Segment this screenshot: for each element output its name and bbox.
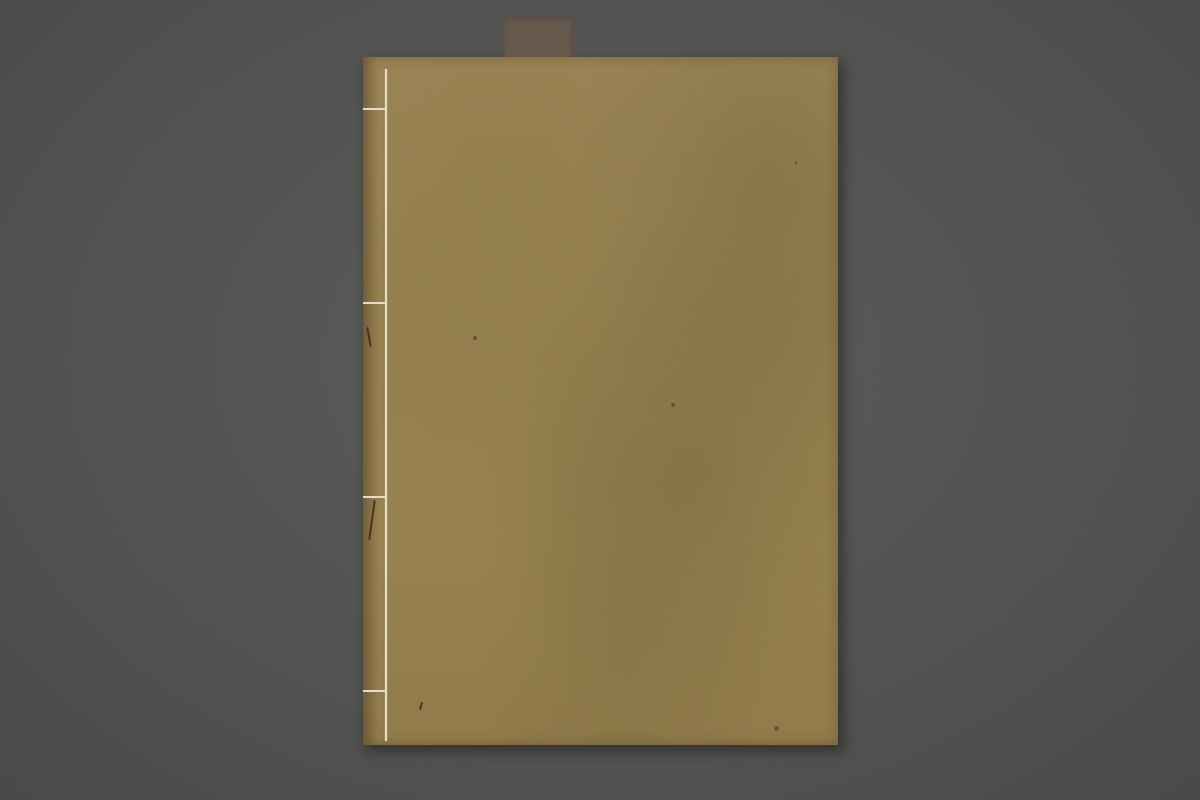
binding-stitch-1 [363,108,387,110]
binding-stitch-4 [363,690,387,692]
binding-stitch-2 [363,302,387,304]
label-glyph-left [511,22,533,56]
stain-spot [795,161,797,164]
stain-spot [774,726,779,731]
title-label-tab [503,18,573,60]
label-glyph-right [543,22,565,56]
binding-thread-vertical [385,69,387,741]
binding-stitch-3 [363,496,387,498]
stain-spot [671,403,675,407]
ink-mark [419,702,423,710]
stain-spot [473,336,477,340]
book-cover [363,57,838,745]
